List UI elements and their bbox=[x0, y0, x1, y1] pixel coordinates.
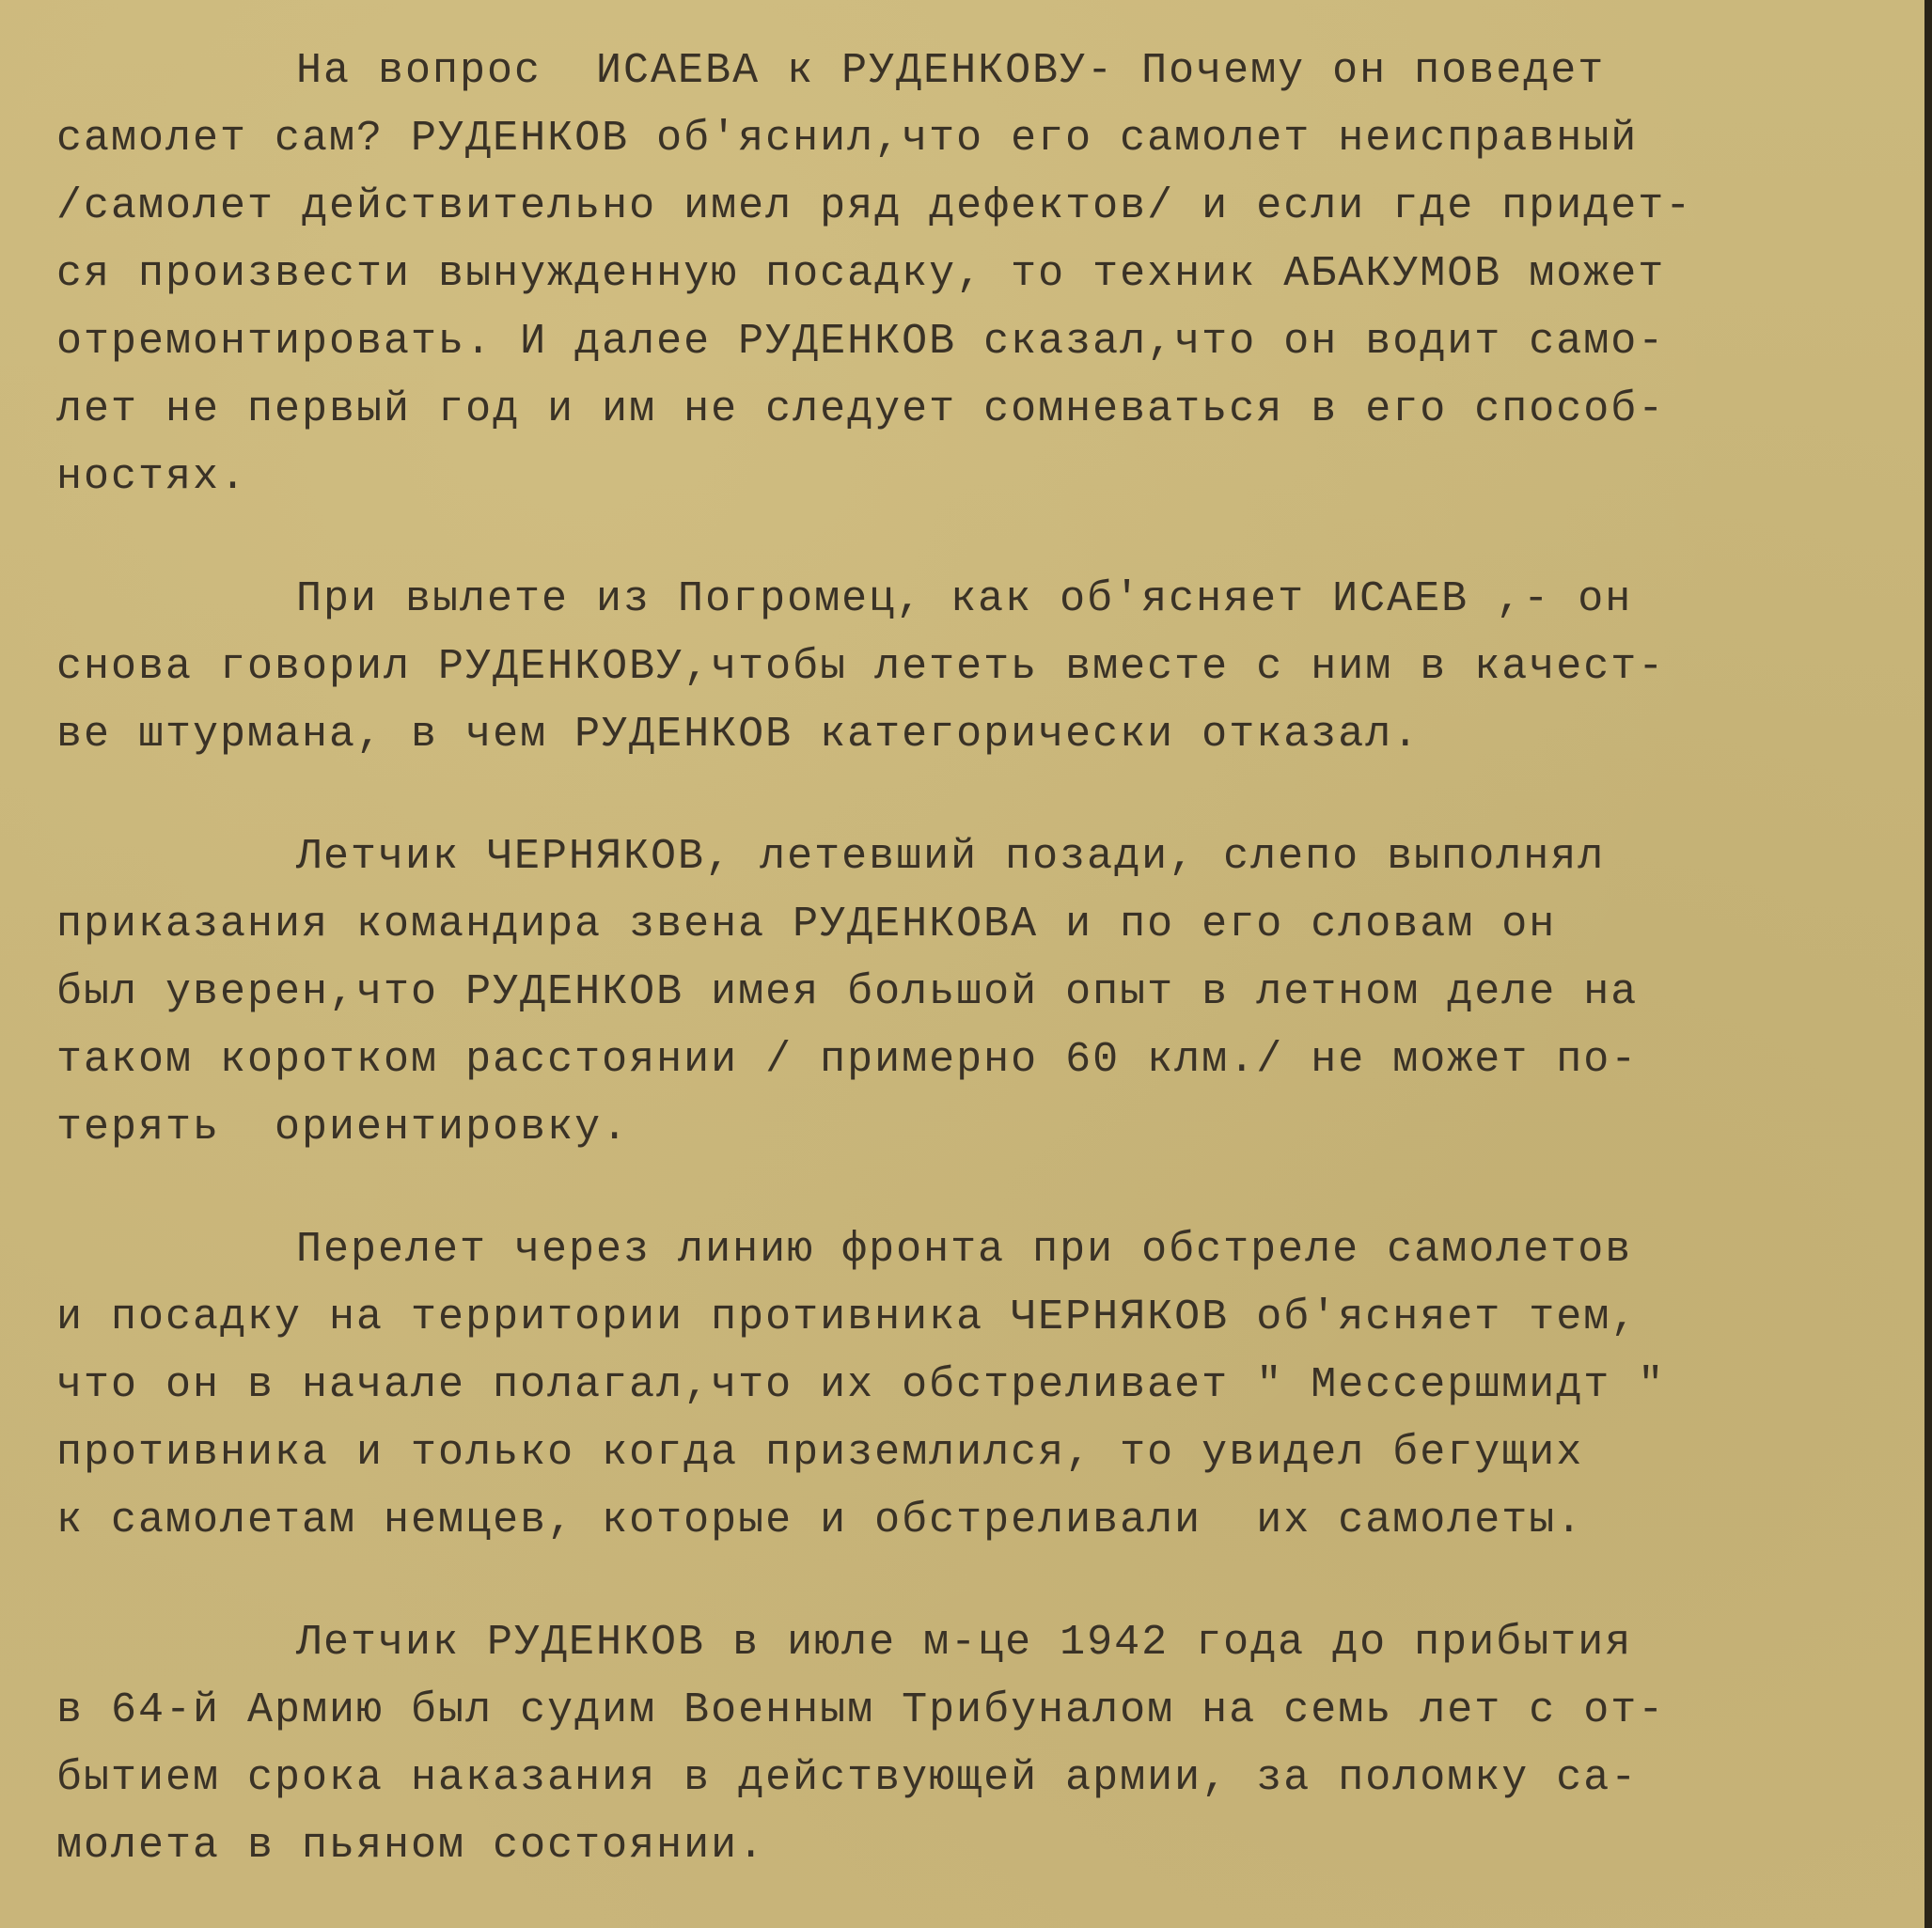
text-line: ве штурмана, в чем РУДЕНКОВ категорическ… bbox=[56, 701, 1899, 769]
text-line: молета в пьяном состоянии. bbox=[56, 1812, 1899, 1880]
text-line: приказания командира звена РУДЕНКОВА и п… bbox=[56, 891, 1899, 959]
text-line: снова говорил РУДЕНКОВУ,чтобы лететь вме… bbox=[56, 634, 1899, 701]
text-line: На вопрос ИСАЕВА к РУДЕНКОВУ- Почему он … bbox=[56, 38, 1899, 105]
text-line: отремонтировать. И далее РУДЕНКОВ сказал… bbox=[56, 308, 1899, 376]
text-line: что он в начале полагал,что их обстрелив… bbox=[56, 1352, 1899, 1419]
text-line: терять ориентировку. bbox=[56, 1094, 1899, 1162]
document-page: На вопрос ИСАЕВА к РУДЕНКОВУ- Почему он … bbox=[0, 0, 1932, 1928]
text-line: таком коротком расстоянии / примерно 60 … bbox=[56, 1027, 1899, 1094]
typewritten-text: На вопрос ИСАЕВА к РУДЕНКОВУ- Почему он … bbox=[56, 38, 1899, 1928]
text-line: был уверен,что РУДЕНКОВ имея большой опы… bbox=[56, 959, 1899, 1027]
paragraph-isaev-question: На вопрос ИСАЕВА к РУДЕНКОВУ- Почему он … bbox=[56, 38, 1899, 511]
text-line: Летчик ЧЕРНЯКОВ, летевший позади, слепо … bbox=[56, 823, 1899, 891]
text-line: в 64-й Армию был судим Военным Трибунало… bbox=[56, 1677, 1899, 1745]
text-line: ностях. bbox=[56, 444, 1899, 511]
text-line: к самолетам немцев, которые и обстрелива… bbox=[56, 1487, 1899, 1555]
page-edge bbox=[1924, 0, 1932, 1928]
text-line: бытием срока наказания в действующей арм… bbox=[56, 1745, 1899, 1812]
text-line: При вылете из Погромец, как об'ясняет ИС… bbox=[56, 566, 1899, 634]
text-line: и посадку на территории противника ЧЕРНЯ… bbox=[56, 1284, 1899, 1352]
paragraph-chernyakov: Летчик ЧЕРНЯКОВ, летевший позади, слепо … bbox=[56, 823, 1899, 1162]
paragraph-front-crossing: Перелет через линию фронта при обстреле … bbox=[56, 1216, 1899, 1555]
text-line: Перелет через линию фронта при обстреле … bbox=[56, 1216, 1899, 1284]
text-line: Летчик РУДЕНКОВ в июле м-це 1942 года до… bbox=[56, 1609, 1899, 1677]
paragraph-departure: При вылете из Погромец, как об'ясняет ИС… bbox=[56, 566, 1899, 769]
text-line: ся произвести вынужденную посадку, то те… bbox=[56, 241, 1899, 308]
text-line: /самолет действительно имел ряд дефектов… bbox=[56, 173, 1899, 241]
text-line: лет не первый год и им не следует сомнев… bbox=[56, 376, 1899, 444]
text-line: противника и только когда приземлился, т… bbox=[56, 1419, 1899, 1487]
text-line: самолет сам? РУДЕНКОВ об'яснил,что его с… bbox=[56, 105, 1899, 173]
paragraph-rudenkov-record: Летчик РУДЕНКОВ в июле м-це 1942 года до… bbox=[56, 1609, 1899, 1880]
